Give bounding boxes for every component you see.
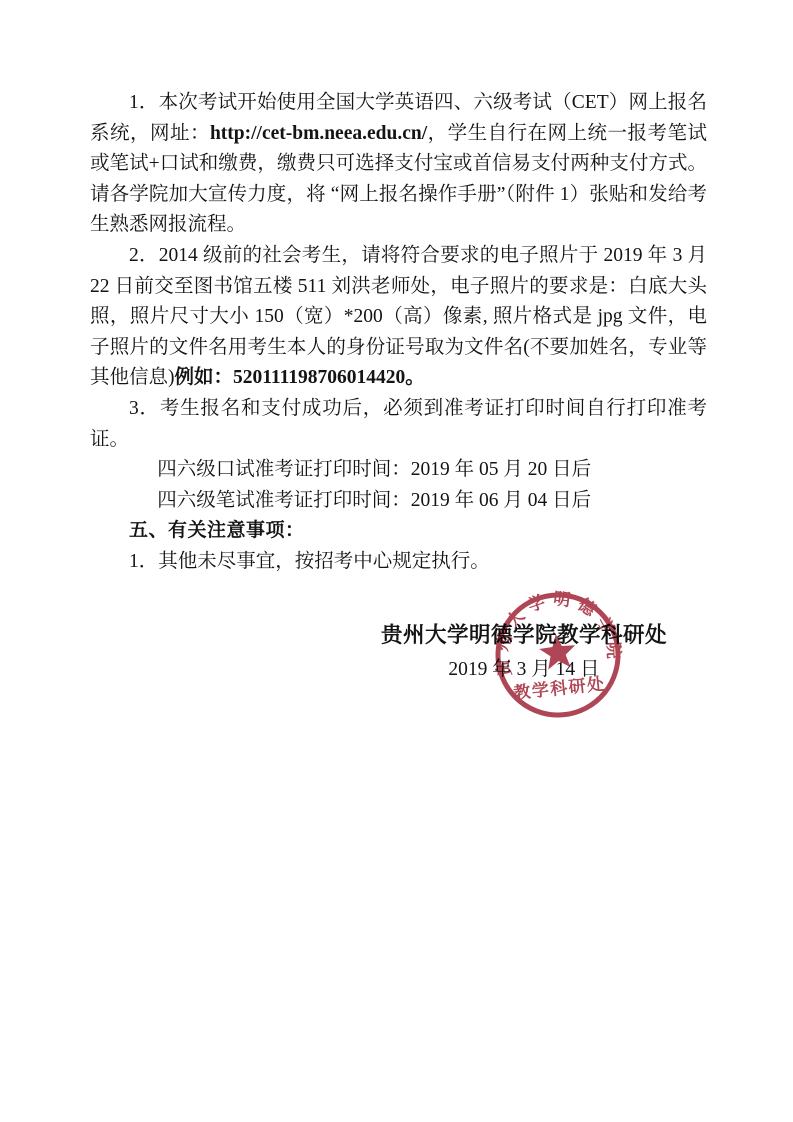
line-oral-ticket-print-time: 四六级口试准考证打印时间：2019 年 05 月 20 日后 <box>90 455 707 486</box>
paragraph-2-photo-requirements: 2．2014 级前的社会考生，请将符合要求的电子照片于 2019 年 3 月 2… <box>90 241 707 394</box>
paragraph-3-admission-ticket: 3．考生报名和支付成功后，必须到准考证打印时间自行打印准考证。 <box>90 394 707 455</box>
paragraph-1-online-registration: 1．本次考试开始使用全国大学英语四、六级考试（CET）网上报名系统，网址：htt… <box>90 88 707 241</box>
line-written-ticket-print-time: 四六级笔试准考证打印时间：2019 年 06 月 04 日后 <box>90 486 707 517</box>
seal-department-text: 教学科研处 <box>512 673 606 703</box>
line-oral-ticket-print-time-text: 四六级口试准考证打印时间：2019 年 05 月 20 日后 <box>157 459 591 480</box>
paragraph-3-admission-ticket-text: 3．考生报名和支付成功后，必须到准考证打印时间自行打印准考证。 <box>90 398 707 450</box>
official-seal-stamp: 贵州大学明德学院 教学科研处 <box>478 575 638 735</box>
document-body: 1．本次考试开始使用全国大学英语四、六级考试（CET）网上报名系统，网址：htt… <box>90 88 707 578</box>
seal-star-icon <box>538 632 578 670</box>
note-1-other-matters: 1．其他未尽事宜，按招考中心规定执行。 <box>90 547 707 578</box>
line-written-ticket-print-time-text: 四六级笔试准考证打印时间：2019 年 06 月 04 日后 <box>157 490 591 511</box>
paragraph-1-online-registration-text: http://cet-bm.neea.edu.cn/ <box>210 123 427 144</box>
note-1-other-matters-text: 1．其他未尽事宜，按招考中心规定执行。 <box>129 551 490 572</box>
section-5-heading: 五、有关注意事项： <box>90 516 707 547</box>
seal-ring-text: 贵州大学明德学院 <box>486 581 626 678</box>
paragraph-2-photo-requirements-text: 例如：520111198706014420。 <box>175 367 425 388</box>
document-page: 1．本次考试开始使用全国大学英语四、六级考试（CET）网上报名系统，网址：htt… <box>0 0 793 1122</box>
section-5-heading-text: 五、有关注意事项： <box>129 520 305 541</box>
